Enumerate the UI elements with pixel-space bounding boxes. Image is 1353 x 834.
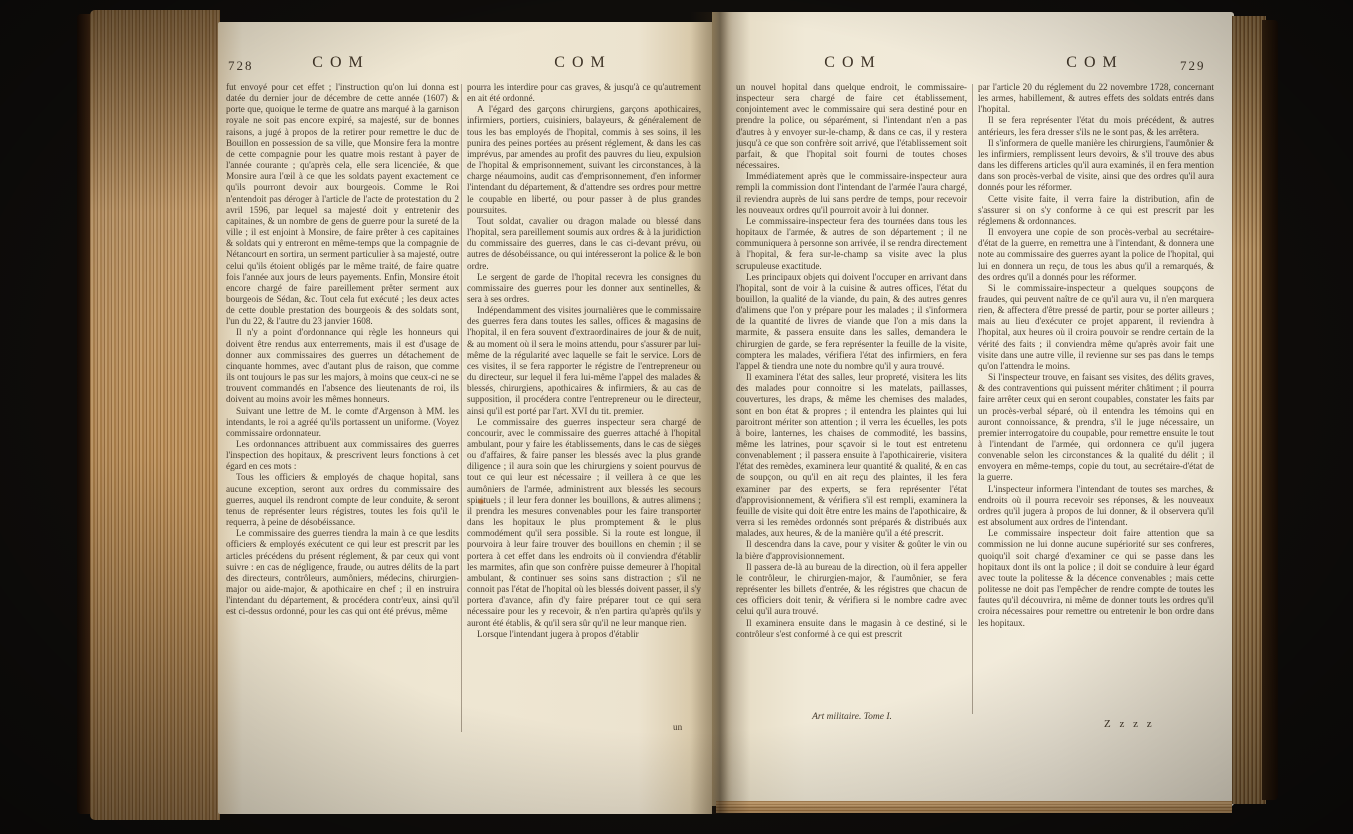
- paragraph: un nouvel hopital dans quelque endroit, …: [736, 82, 967, 171]
- text-column-2: pourra les interdire pour cas graves, & …: [467, 82, 701, 732]
- paragraph: pourra les interdire pour cas graves, & …: [467, 82, 701, 104]
- paragraph: Suivant une lettre de M. le comte d'Arge…: [226, 406, 459, 439]
- column-divider-right-page: [972, 84, 973, 714]
- book-cover-right-board: [1262, 20, 1278, 800]
- paragraph: Il descendra dans la cave, pour y visite…: [736, 539, 967, 561]
- page-fore-edges-left: [90, 10, 220, 820]
- signature-mark: Z z z z: [1104, 718, 1155, 730]
- text-column-1: fut envoyé pour cet effet ; l'instructio…: [226, 82, 459, 732]
- left-page: 728 COM COM fut envoyé pour cet effet ; …: [218, 22, 712, 814]
- book-photograph: 728 COM COM fut envoyé pour cet effet ; …: [0, 0, 1353, 834]
- paragraph: Tous les officiers & employés de chaque …: [226, 472, 459, 528]
- paragraph: Le sergent de garde de l'hopital recevra…: [467, 272, 701, 305]
- paragraph: Le commissaire-inspecteur fera des tourn…: [736, 216, 967, 272]
- right-page: COM COM 729 un nouvel hopital dans quelq…: [712, 12, 1234, 806]
- paragraph: Il examinera ensuite dans le magasin à c…: [736, 618, 967, 640]
- paragraph: Le commissaire inspecteur doit faire att…: [978, 528, 1214, 628]
- paragraph: Les principaux objets qui doivent l'occu…: [736, 272, 967, 372]
- paragraph: Cette visite faite, il verra faire la di…: [978, 194, 1214, 227]
- paragraph: par l'article 20 du réglement du 22 nove…: [978, 82, 1214, 115]
- ink-stain: [478, 499, 484, 504]
- paragraph: Si le commissaire-inspecteur a quelques …: [978, 283, 1214, 372]
- paragraph: A l'égard des garçons chirurgiens, garço…: [467, 104, 701, 216]
- paragraph: Il se fera représenter l'état du mois pr…: [978, 115, 1214, 137]
- running-head-col2: COM: [518, 54, 648, 72]
- column-divider-left-page: [461, 84, 462, 732]
- text-column-4: par l'article 20 du réglement du 22 nove…: [978, 82, 1214, 714]
- paragraph: Les ordonnances attribuent aux commissai…: [226, 439, 459, 472]
- page-number-left: 728: [228, 58, 254, 74]
- paragraph: Il examinera l'état des salles, leur pro…: [736, 372, 967, 539]
- page-number-right: 729: [1180, 58, 1206, 74]
- paragraph: Il n'y a point d'ordonnance qui règle le…: [226, 327, 459, 405]
- paragraph: Tout soldat, cavalier ou dragon malade o…: [467, 216, 701, 272]
- paragraph: Il passera de-là au bureau de la directi…: [736, 562, 967, 618]
- catchword: un: [673, 722, 682, 732]
- paragraph: Le commissaire des guerres inspecteur se…: [467, 417, 701, 629]
- running-head-col3: COM: [788, 54, 918, 72]
- paragraph: Immédiatement après que le commissaire-i…: [736, 171, 967, 216]
- paragraph: Indépendamment des visites journalières …: [467, 305, 701, 417]
- imprint-line: Art militaire. Tome I.: [767, 712, 937, 722]
- running-head-col4: COM: [1030, 54, 1160, 72]
- running-head-col1: COM: [276, 54, 406, 72]
- text-column-3: un nouvel hopital dans quelque endroit, …: [736, 82, 967, 714]
- paragraph: Il s'informera de quelle manière les chi…: [978, 138, 1214, 194]
- paragraph: fut envoyé pour cet effet ; l'instructio…: [226, 82, 459, 327]
- page-edges-bottom-right: [716, 801, 1232, 813]
- paragraph: Lorsque l'intendant jugera à propos d'ét…: [467, 629, 701, 640]
- page-fore-edges-right: [1232, 16, 1266, 804]
- paragraph: Si l'inspecteur trouve, en faisant ses v…: [978, 372, 1214, 484]
- paragraph: Il envoyera une copie de son procès-verb…: [978, 227, 1214, 283]
- paragraph: L'inspecteur informera l'intendant de to…: [978, 484, 1214, 529]
- paragraph: Le commissaire des guerres tiendra la ma…: [226, 528, 459, 617]
